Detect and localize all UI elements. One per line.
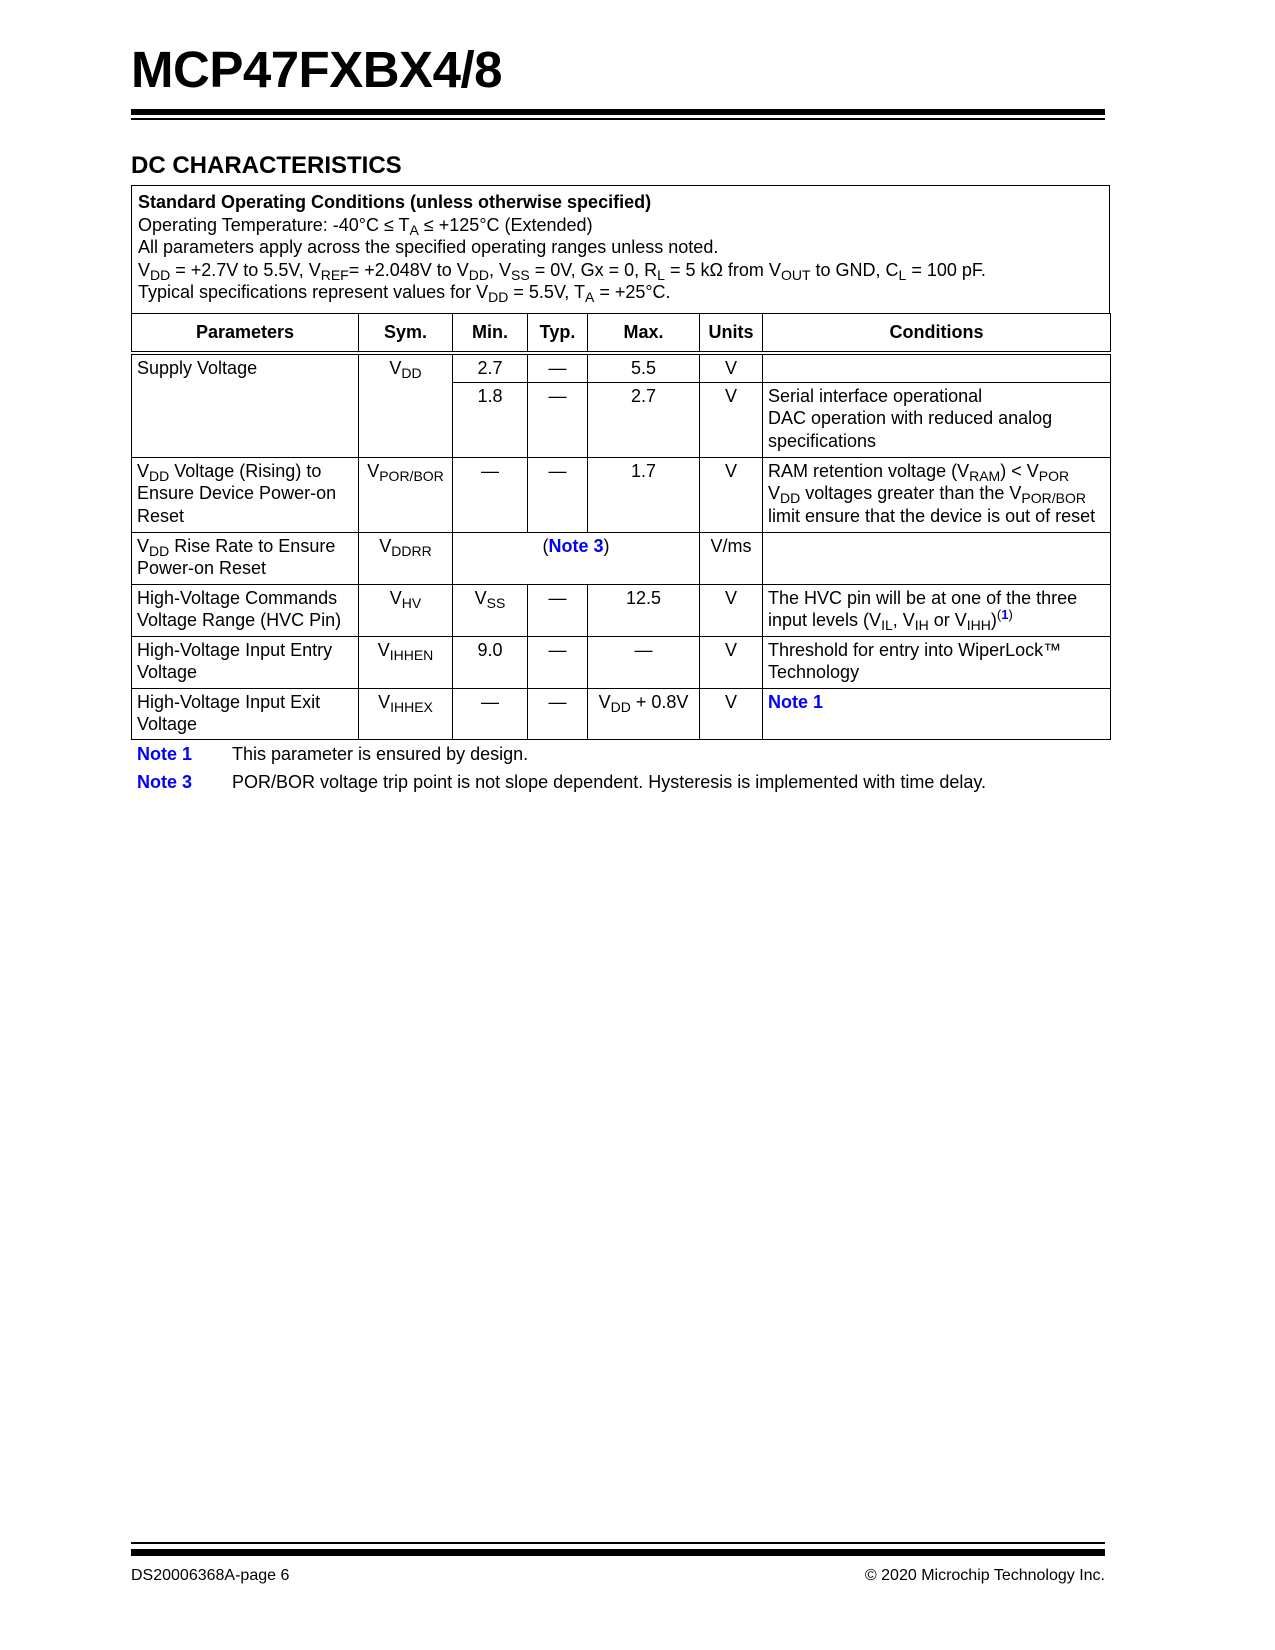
text: DAC operation with reduced analog specif… [768, 407, 1105, 452]
text: V [475, 588, 487, 608]
text: Typical specifications represent values … [138, 282, 488, 302]
text: The HVC pin will be at one of the three [768, 587, 1105, 610]
operating-temperature: Operating Temperature: -40°C ≤ TA ≤ +125… [138, 214, 1103, 237]
table-row: VDD Voltage (Rising) to Ensure Device Po… [132, 457, 1111, 532]
note-label: Note 1 [131, 740, 232, 768]
text: RAM retention voltage (VRAM) < VPOR [768, 460, 1105, 483]
min-cell: 1.8 [453, 382, 528, 457]
min-cell: — [453, 457, 528, 532]
sym-cell: VIHHEN [359, 636, 453, 688]
subscript: IHHEN [390, 647, 434, 663]
table-row: VDD Rise Rate to Ensure Power-on Reset V… [132, 532, 1111, 584]
footer-rule-thick [131, 1549, 1105, 1556]
conditions-cell [763, 532, 1111, 584]
conditions-cell: Note 1 [763, 688, 1111, 739]
max-cell: 12.5 [588, 584, 700, 636]
text: , V [893, 610, 915, 630]
units-cell: V [700, 584, 763, 636]
note-label: Note 3 [131, 768, 232, 796]
note-1-link[interactable]: Note 1 [768, 692, 823, 712]
subscript: DD [149, 543, 169, 559]
text: V [137, 536, 149, 556]
text: V [390, 588, 402, 608]
param-cell: VDD Rise Rate to Ensure Power-on Reset [132, 532, 359, 584]
subscript: IHH [967, 617, 991, 633]
sym-cell: VHV [359, 584, 453, 636]
text: to GND, C [811, 260, 899, 280]
units-cell: V [700, 382, 763, 457]
subscript: IH [915, 617, 929, 633]
min-cell: VSS [453, 584, 528, 636]
col-header-sym: Sym. [359, 314, 453, 354]
col-header-max: Max. [588, 314, 700, 354]
sym-cell: VDDRR [359, 532, 453, 584]
sym-cell: VPOR/BOR [359, 457, 453, 532]
table-row: High-Voltage Input Exit Voltage VIHHEX —… [132, 688, 1111, 739]
text: voltages greater than the V [800, 483, 1021, 503]
text: + 0.8V [631, 692, 689, 712]
text: = +2.7V to 5.5V, V [170, 260, 320, 280]
conditions-cell [763, 353, 1111, 382]
text: V [138, 260, 150, 280]
subscript: IL [881, 617, 893, 633]
max-cell: 1.7 [588, 457, 700, 532]
text: V [379, 536, 391, 556]
text: V [768, 483, 780, 503]
max-cell: 2.7 [588, 382, 700, 457]
text: V [389, 358, 401, 378]
text: ≤ +125°C (Extended) [419, 215, 593, 235]
col-header-conditions: Conditions [763, 314, 1111, 354]
sym-cell: VIHHEX [359, 688, 453, 739]
units-cell: V [700, 688, 763, 739]
subscript: POR/BOR [379, 468, 444, 484]
subscript: POR/BOR [1021, 490, 1086, 506]
header-rule-thick [131, 109, 1105, 115]
footer-rule-thin [131, 1542, 1105, 1544]
min-cell: 2.7 [453, 353, 528, 382]
subscript: DD [149, 468, 169, 484]
param-cell: VDD Voltage (Rising) to Ensure Device Po… [132, 457, 359, 532]
apply-line: All parameters apply across the specifie… [138, 236, 1103, 259]
table-notes: Note 1 This parameter is ensured by desi… [131, 740, 986, 796]
header-rule-thin [131, 118, 1105, 120]
param-cell: Supply Voltage [132, 353, 359, 457]
text: RAM retention voltage (V [768, 461, 969, 481]
units-cell: V [700, 636, 763, 688]
text: = 5 kΩ from V [665, 260, 781, 280]
text: ) [1008, 607, 1012, 622]
conditions-cell: Serial interface operationalDAC operatio… [763, 382, 1111, 457]
note-text: This parameter is ensured by design. [232, 740, 528, 768]
conditions-heading: Standard Operating Conditions (unless ot… [138, 191, 1103, 214]
param-cell: High-Voltage Input Exit Voltage [132, 688, 359, 739]
table-row: Supply Voltage VDD 2.7 — 5.5 V [132, 353, 1111, 382]
conditions-cell: RAM retention voltage (VRAM) < VPOR VDD … [763, 457, 1111, 532]
text: ) < V [1000, 461, 1039, 481]
footer-doc-id: DS20006368A-page 6 [131, 1566, 289, 1586]
text: V [367, 461, 379, 481]
subscript: HV [402, 595, 421, 611]
note-1: Note 1 This parameter is ensured by desi… [131, 740, 986, 768]
text: = +2.048V to V [349, 260, 469, 280]
conditions-cell: The HVC pin will be at one of the three … [763, 584, 1111, 636]
section-title: DC CHARACTERISTICS [131, 152, 402, 180]
col-header-parameters: Parameters [132, 314, 359, 354]
min-cell: 9.0 [453, 636, 528, 688]
conditions-cell: Threshold for entry into WiperLock™ Tech… [763, 636, 1111, 688]
max-cell: — [588, 636, 700, 688]
subscript: IHHEX [390, 699, 433, 715]
spec-table: Parameters Sym. Min. Typ. Max. Units Con… [131, 313, 1111, 740]
param-cell: High-Voltage Commands Voltage Range (HVC… [132, 584, 359, 636]
text: V [378, 640, 390, 660]
typ-cell: — [528, 382, 588, 457]
note-text: POR/BOR voltage trip point is not slope … [232, 768, 986, 796]
footer-copyright: © 2020 Microchip Technology Inc. [865, 1566, 1105, 1586]
text: Serial interface operational [768, 385, 1105, 408]
text: limit ensure that the device is out of r… [768, 505, 1105, 528]
col-header-units: Units [700, 314, 763, 354]
supply-conditions-line: VDD = +2.7V to 5.5V, VREF= +2.048V to VD… [138, 259, 1103, 282]
standard-operating-conditions: Standard Operating Conditions (unless ot… [131, 185, 1110, 313]
typ-cell: — [528, 353, 588, 382]
note-3: Note 3 POR/BOR voltage trip point is not… [131, 768, 986, 796]
text: = 100 pF. [906, 260, 986, 280]
value-cell: (Note 3) [453, 532, 700, 584]
table-row: High-Voltage Commands Voltage Range (HVC… [132, 584, 1111, 636]
typ-cell: — [528, 636, 588, 688]
typ-cell: — [528, 584, 588, 636]
subscript: DDRR [391, 543, 431, 559]
dc-characteristics-table: Standard Operating Conditions (unless ot… [131, 185, 1110, 740]
text: = 5.5V, T [508, 282, 585, 302]
text: V [378, 692, 390, 712]
subscript: DD [488, 289, 508, 305]
typ-cell: — [528, 457, 588, 532]
typical-spec-line: Typical specifications represent values … [138, 281, 1103, 304]
max-cell: 5.5 [588, 353, 700, 382]
footnote-ref: (1) [997, 607, 1013, 622]
param-cell: High-Voltage Input Entry Voltage [132, 636, 359, 688]
document-title: MCP47FXBX4/8 [131, 40, 502, 100]
table-row: High-Voltage Input Entry Voltage VIHHEN … [132, 636, 1111, 688]
text: input levels (V [768, 610, 881, 630]
units-cell: V [700, 353, 763, 382]
text: V [599, 692, 611, 712]
units-cell: V [700, 457, 763, 532]
text: , V [489, 260, 511, 280]
max-cell: VDD + 0.8V [588, 688, 700, 739]
subscript: DD [401, 365, 421, 381]
col-header-min: Min. [453, 314, 528, 354]
subscript: A [585, 289, 594, 305]
text: = +25°C. [594, 282, 670, 302]
text: V [137, 461, 149, 481]
subscript: DD [780, 490, 800, 506]
min-cell: — [453, 688, 528, 739]
subscript: OUT [781, 267, 811, 283]
text: ) [604, 536, 610, 556]
typ-cell: — [528, 688, 588, 739]
subscript: DD [611, 699, 631, 715]
units-cell: V/ms [700, 532, 763, 584]
text: VDD voltages greater than the VPOR/BOR [768, 482, 1105, 505]
note-3-link[interactable]: Note 3 [548, 536, 603, 556]
text: input levels (VIL, VIH or VIHH)(1) [768, 609, 1105, 632]
sym-cell: VDD [359, 353, 453, 457]
text: = 0V, Gx = 0, R [530, 260, 657, 280]
subscript: SS [487, 595, 506, 611]
table-header-row: Parameters Sym. Min. Typ. Max. Units Con… [132, 314, 1111, 354]
text: or V [929, 610, 967, 630]
text: Operating Temperature: -40°C ≤ T [138, 215, 410, 235]
col-header-typ: Typ. [528, 314, 588, 354]
